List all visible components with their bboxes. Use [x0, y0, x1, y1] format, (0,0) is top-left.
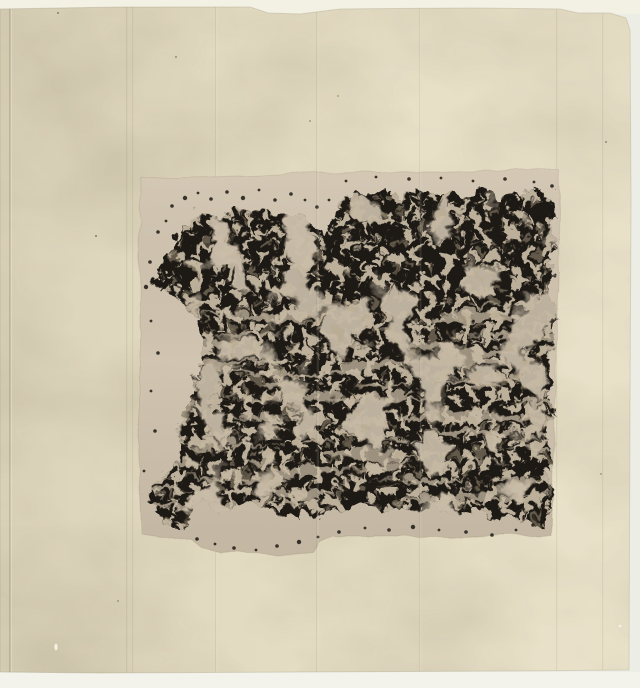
rubbing-scan-canvas	[0, 0, 640, 688]
fold-crease-highlight	[11, 7, 12, 673]
ink-speck	[144, 285, 148, 289]
ink-speck	[503, 177, 507, 181]
ink-speck	[472, 180, 475, 183]
speck	[337, 95, 339, 97]
ink-speck	[183, 196, 187, 200]
fold-crease-highlight	[420, 7, 421, 673]
ink-speck	[255, 549, 258, 552]
ink-speck	[143, 470, 146, 473]
ink-speck	[232, 546, 236, 550]
ink-speck	[345, 180, 348, 183]
ink-speck	[407, 177, 411, 181]
fold-crease	[9, 7, 11, 673]
speck	[309, 120, 311, 122]
fold-crease	[419, 7, 420, 673]
ink-speck	[156, 230, 160, 234]
fold-crease	[316, 7, 317, 673]
fold-crease	[126, 7, 127, 673]
ink-speck	[156, 351, 160, 355]
ink-speck	[533, 181, 536, 184]
ink-speck	[273, 198, 277, 202]
ink-rubbing-blob	[140, 160, 562, 550]
ink-speck	[153, 429, 157, 433]
speck	[600, 473, 602, 475]
fold-crease	[556, 7, 557, 673]
ink-speck	[241, 196, 245, 200]
ink-speck	[490, 533, 494, 537]
scanned-rubbing-photo	[0, 0, 640, 688]
speck	[95, 235, 97, 237]
scanner-background-bottom-strip	[0, 672, 640, 688]
fold-crease	[132, 7, 133, 673]
ink-speck	[440, 177, 443, 180]
fold-crease	[602, 7, 603, 673]
ink-speck	[148, 260, 152, 264]
speck	[117, 600, 119, 602]
ink-speck	[464, 530, 468, 534]
ink-speck	[550, 184, 554, 188]
ink-speck	[304, 199, 307, 202]
ink-speck	[170, 204, 174, 208]
speck	[57, 12, 59, 14]
ink-speck	[275, 544, 279, 548]
bright-speck	[54, 644, 57, 651]
ink-speck	[387, 528, 391, 532]
ink-speck	[297, 540, 301, 544]
bright-speck	[619, 625, 622, 628]
speck	[175, 56, 177, 58]
ink-speck	[515, 529, 518, 532]
ink-speck	[165, 220, 168, 223]
ink-speck	[258, 189, 261, 192]
ink-speck	[289, 192, 293, 196]
ink-speck	[225, 190, 229, 194]
ink-speck	[531, 523, 535, 527]
ink-speck	[438, 529, 441, 532]
ink-speck	[209, 197, 213, 201]
ink-speck	[150, 390, 153, 393]
ink-speck	[337, 530, 341, 534]
fold-crease-highlight	[318, 7, 319, 673]
ink-speck	[364, 527, 367, 530]
ink-speck	[214, 543, 217, 546]
ink-speck	[375, 176, 378, 179]
ink-speck	[150, 320, 153, 323]
ink-speck	[328, 199, 331, 202]
ink-speck	[411, 525, 415, 529]
speck	[605, 141, 607, 143]
ink-speck	[195, 537, 199, 541]
ink-speck	[197, 192, 200, 195]
